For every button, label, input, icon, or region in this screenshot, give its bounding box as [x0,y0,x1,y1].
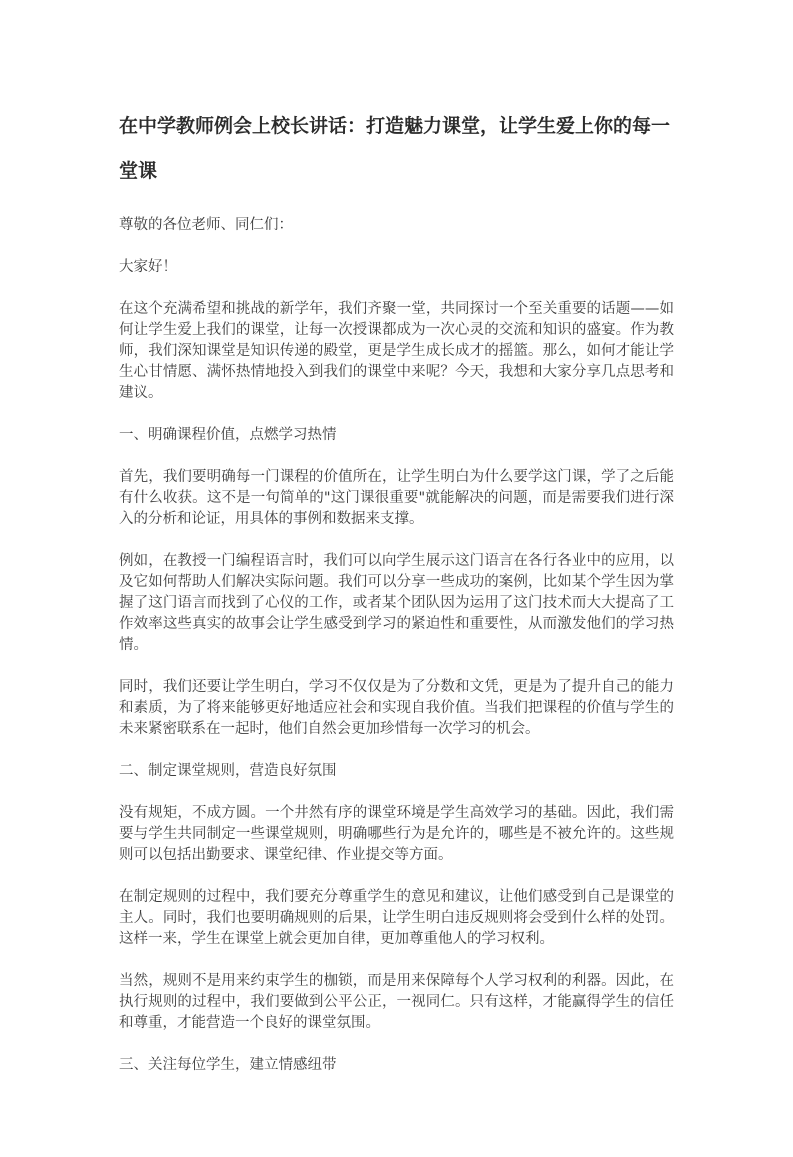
section-heading-3: 三、关注每位学生，建立情感纽带 [119,1055,674,1076]
document-page: 在中学教师例会上校长讲话：打造魅力课堂，让学生爱上你的每一堂课 尊敬的各位老师、… [0,0,793,1157]
intro-paragraph: 在这个充满希望和挑战的新学年，我们齐聚一堂，共同探讨一个至关重要的话题——如何让… [119,299,674,404]
section-2-paragraph-3: 当然，规则不是用来约束学生的枷锁，而是用来保障每个人学习权利的利器。因此，在执行… [119,971,674,1034]
section-1-paragraph-1: 首先，我们要明确每一门课程的价值所在，让学生明白为什么要学这门课，学了之后能有什… [119,467,674,530]
section-heading-1: 一、明确课程价值，点燃学习热情 [119,425,674,446]
section-1-paragraph-3: 同时，我们还要让学生明白，学习不仅仅是为了分数和文凭，更是为了提升自己的能力和素… [119,677,674,740]
document-title: 在中学教师例会上校长讲话：打造魅力课堂，让学生爱上你的每一堂课 [119,104,674,194]
salutation-line: 尊敬的各位老师、同仁们： [119,215,674,236]
section-2-paragraph-1: 没有规矩，不成方圆。一个井然有序的课堂环境是学生高效学习的基础。因此，我们需要与… [119,803,674,866]
greeting-line: 大家好！ [119,257,674,278]
section-heading-2: 二、制定课堂规则，营造良好氛围 [119,761,674,782]
section-1-paragraph-2: 例如，在教授一门编程语言时，我们可以向学生展示这门语言在各行各业中的应用，以及它… [119,551,674,656]
section-2-paragraph-2: 在制定规则的过程中，我们要充分尊重学生的意见和建议，让他们感受到自己是课堂的主人… [119,887,674,950]
